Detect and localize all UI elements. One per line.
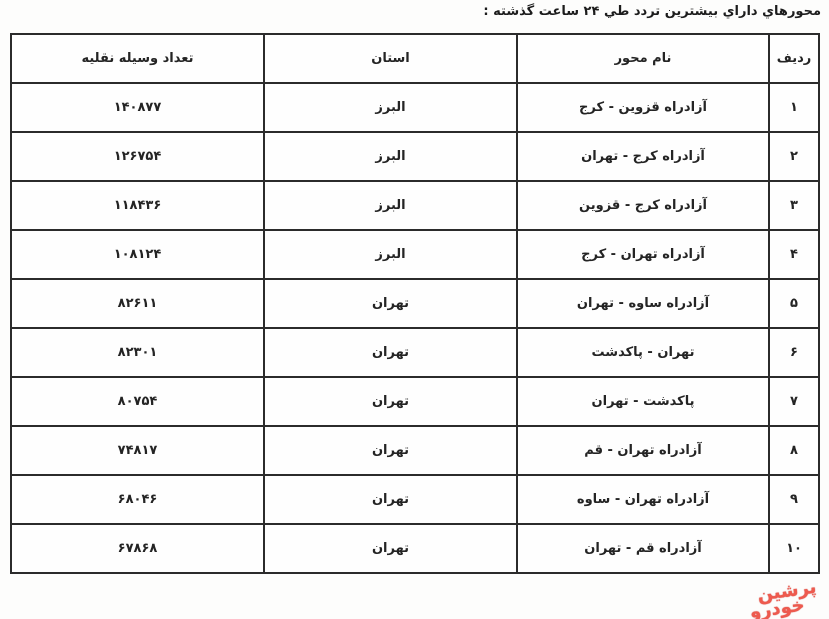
table-row: ۹ آزادراه تهران - ساوه تهران ۶۸۰۴۶	[11, 475, 819, 524]
cell-route: آزادراه تهران - ساوه	[517, 475, 769, 524]
header-count: تعداد وسيله نقليه	[11, 34, 264, 83]
cell-route: آزادراه قم - تهران	[517, 524, 769, 573]
cell-rank: ۴	[769, 230, 819, 279]
cell-count: ۸۰۷۵۴	[11, 377, 264, 426]
cell-province: تهران	[264, 524, 517, 573]
cell-rank: ۷	[769, 377, 819, 426]
table-row: ۲ آزادراه كرج - تهران البرز ۱۲۶۷۵۴	[11, 132, 819, 181]
watermark-text-line1: پرشين	[740, 577, 828, 607]
cell-count: ۶۸۰۴۶	[11, 475, 264, 524]
cell-route: پاكدشت - تهران	[517, 377, 769, 426]
cell-route: آزادراه قزوين - كرج	[517, 83, 769, 132]
cell-count: ۸۲۶۱۱	[11, 279, 264, 328]
cell-rank: ۱	[769, 83, 819, 132]
cell-province: تهران	[264, 475, 517, 524]
cell-rank: ۳	[769, 181, 819, 230]
table-row: ۶ تهران - پاكدشت تهران ۸۲۳۰۱	[11, 328, 819, 377]
cell-count: ۱۰۸۱۲۴	[11, 230, 264, 279]
cell-count: ۶۷۸۶۸	[11, 524, 264, 573]
cell-province: تهران	[264, 279, 517, 328]
cell-rank: ۲	[769, 132, 819, 181]
persian-khodro-watermark: پرشين خودرو	[740, 577, 829, 619]
cell-province: تهران	[264, 328, 517, 377]
cell-route: آزادراه ساوه - تهران	[517, 279, 769, 328]
cell-route: آزادراه تهران - قم	[517, 426, 769, 475]
table-row: ۴ آزادراه تهران - كرج البرز ۱۰۸۱۲۴	[11, 230, 819, 279]
table-row: ۳ آزادراه كرج - قزوين البرز ۱۱۸۴۳۶	[11, 181, 819, 230]
cell-province: تهران	[264, 377, 517, 426]
cell-route: آزادراه تهران - كرج	[517, 230, 769, 279]
cell-province: البرز	[264, 83, 517, 132]
cell-count: ۱۱۸۴۳۶	[11, 181, 264, 230]
table-row: ۸ آزادراه تهران - قم تهران ۷۴۸۱۷	[11, 426, 819, 475]
cell-rank: ۵	[769, 279, 819, 328]
cell-route: تهران - پاكدشت	[517, 328, 769, 377]
cell-rank: ۹	[769, 475, 819, 524]
cell-rank: ۱۰	[769, 524, 819, 573]
cell-rank: ۶	[769, 328, 819, 377]
header-rank: رديف	[769, 34, 819, 83]
watermark-text-line2: خودرو	[742, 593, 829, 619]
cell-province: البرز	[264, 181, 517, 230]
table-row: ۱۰ آزادراه قم - تهران تهران ۶۷۸۶۸	[11, 524, 819, 573]
cell-rank: ۸	[769, 426, 819, 475]
cell-count: ۱۴۰۸۷۷	[11, 83, 264, 132]
table-row: ۷ پاكدشت - تهران تهران ۸۰۷۵۴	[11, 377, 819, 426]
traffic-table: رديف نام محور استان تعداد وسيله نقليه ۱ …	[10, 33, 820, 574]
cell-province: البرز	[264, 230, 517, 279]
table-row: ۵ آزادراه ساوه - تهران تهران ۸۲۶۱۱	[11, 279, 819, 328]
cell-count: ۱۲۶۷۵۴	[11, 132, 264, 181]
cell-count: ۸۲۳۰۱	[11, 328, 264, 377]
page-title: محورهاي داراي بيشترين تردد طي ۲۴ ساعت گذ…	[483, 4, 821, 19]
cell-count: ۷۴۸۱۷	[11, 426, 264, 475]
cell-province: البرز	[264, 132, 517, 181]
table-header-row: رديف نام محور استان تعداد وسيله نقليه	[11, 34, 819, 83]
table-row: ۱ آزادراه قزوين - كرج البرز ۱۴۰۸۷۷	[11, 83, 819, 132]
cell-province: تهران	[264, 426, 517, 475]
header-province: استان	[264, 34, 517, 83]
cell-route: آزادراه كرج - تهران	[517, 132, 769, 181]
cell-route: آزادراه كرج - قزوين	[517, 181, 769, 230]
header-route: نام محور	[517, 34, 769, 83]
page: محورهاي داراي بيشترين تردد طي ۲۴ ساعت گذ…	[0, 0, 829, 619]
